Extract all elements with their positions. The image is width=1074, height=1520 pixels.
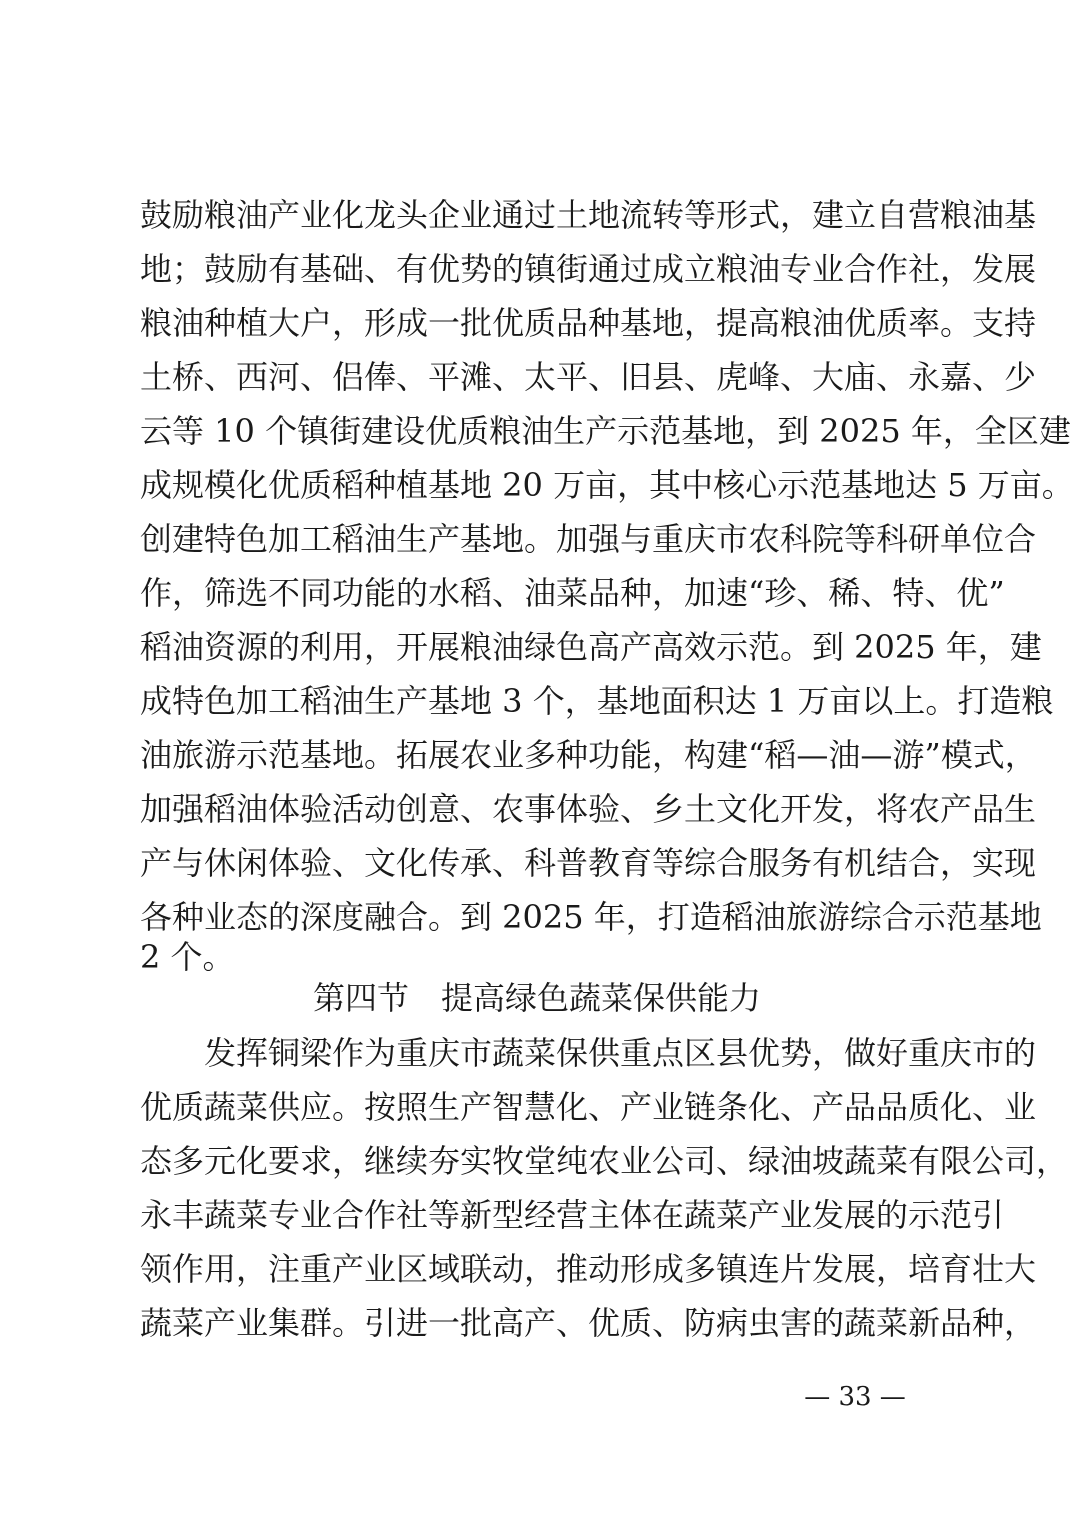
text-line: 2 个。	[140, 937, 937, 977]
page-number: — 33 —	[800, 1380, 910, 1414]
text-line: 各种业态的深度融合。到 2025 年，打造稻油旅游综合示范基地	[140, 897, 937, 937]
text-line: 地；鼓励有基础、有优势的镇街通过成立粮油专业合作社，发展	[140, 249, 937, 289]
section-heading: 第四节 提高绿色蔬菜保供能力	[0, 978, 1074, 1018]
text-line: 成规模化优质稻种植基地 20 万亩，其中核心示范基地达 5 万亩。	[140, 465, 937, 505]
text-line: 成特色加工稻油生产基地 3 个，基地面积达 1 万亩以上。打造粮	[140, 681, 937, 721]
text-line: 加强稻油体验活动创意、农事体验、乡土文化开发，将农产品生	[140, 789, 937, 829]
text-line: 永丰蔬菜专业合作社等新型经营主体在蔬菜产业发展的示范引	[140, 1195, 937, 1235]
text-line: 云等 10 个镇街建设优质粮油生产示范基地，到 2025 年，全区建	[140, 411, 937, 451]
text-line: 油旅游示范基地。拓展农业多种功能，构建“稻—油—游”模式，	[140, 735, 937, 775]
text-line: 领作用，注重产业区域联动，推动形成多镇连片发展，培育壮大	[140, 1249, 937, 1289]
document-page: 鼓励粮油产业化龙头企业通过土地流转等形式，建立自营粮油基 地；鼓励有基础、有优势…	[0, 0, 1074, 1520]
text-line: 蔬菜产业集群。引进一批高产、优质、防病虫害的蔬菜新品种，	[140, 1303, 937, 1343]
text-line: 作，筛选不同功能的水稻、油菜品种，加速“珍、稀、特、优”	[140, 573, 937, 613]
text-line: 创建特色加工稻油生产基地。加强与重庆市农科院等科研单位合	[140, 519, 937, 559]
text-line: 优质蔬菜供应。按照生产智慧化、产业链条化、产品品质化、业	[140, 1087, 937, 1127]
text-line: 粮油种植大户，形成一批优质品种基地，提高粮油优质率。支持	[140, 303, 937, 343]
text-line: 态多元化要求，继续夯实牧堂纯农业公司、绿油坡蔬菜有限公司，	[140, 1141, 937, 1181]
text-line: 鼓励粮油产业化龙头企业通过土地流转等形式，建立自营粮油基	[140, 195, 937, 235]
text-line: 产与休闲体验、文化传承、科普教育等综合服务有机结合，实现	[140, 843, 937, 883]
text-line: 稻油资源的利用，开展粮油绿色高产高效示范。到 2025 年，建	[140, 627, 937, 667]
text-line: 土桥、西河、侣俸、平滩、太平、旧县、虎峰、大庙、永嘉、少	[140, 357, 937, 397]
text-line: 发挥铜梁作为重庆市蔬菜保供重点区县优势，做好重庆市的	[140, 1033, 937, 1073]
